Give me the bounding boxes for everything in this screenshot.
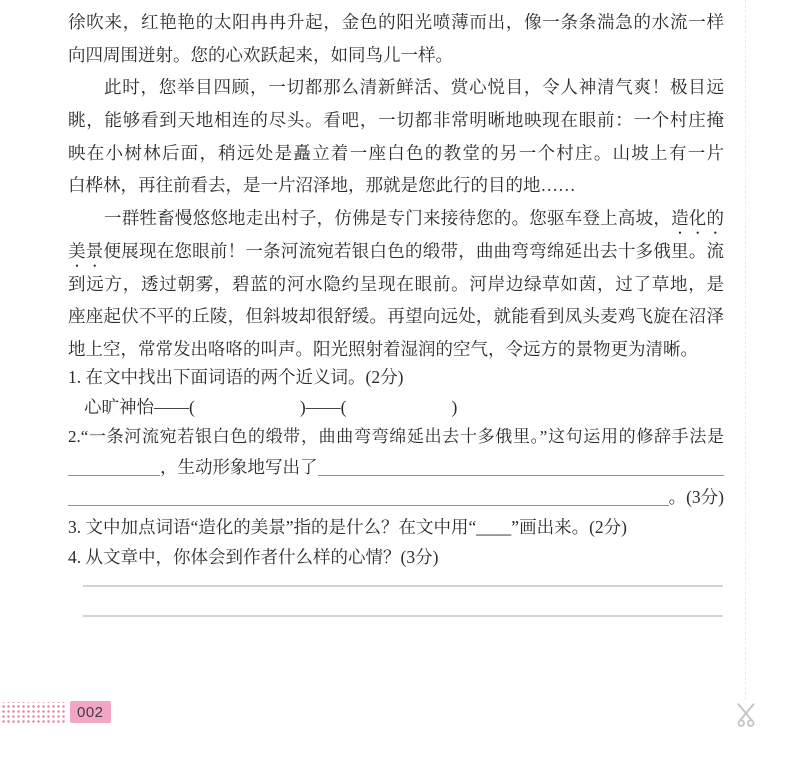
dot-pattern-decoration (0, 702, 66, 723)
questions-section: 1. 在文中找出下面词语的两个近义词。(2分) 心旷神怡——( )——( ) 2… (68, 362, 724, 572)
question-2-points: 。(3分) (669, 482, 724, 512)
answer-line (83, 585, 723, 587)
passage-line: 此时，您举目四顾，一切都那么清新鲜活、赏心悦目，令人神清气爽！极目远 (68, 71, 724, 104)
passage-line: 座座起伏不平的丘陵，但斜坡却很舒缓。再望向远处，就能看到凤头麦鸡飞旋在沼泽 (68, 300, 724, 333)
cut-line (745, 0, 746, 700)
worksheet-page: 徐吹来，红艳艳的太阳冉冉升起，金色的阳光喷薄而出，像一条条湍急的水流一样 向四周… (0, 0, 790, 774)
question-1: 1. 在文中找出下面词语的两个近义词。(2分) (68, 362, 724, 392)
question-2-blank-line: ，生动形象地写出了 (68, 452, 724, 482)
emphasized-word: 美景 (68, 241, 103, 261)
passage-line: 徐吹来，红艳艳的太阳冉冉升起，金色的阳光喷薄而出，像一条条湍急的水流一样 (68, 6, 724, 39)
passage-line: 白桦林，再往前看去，是一片沼泽地，那就是您此行的目的地…… (68, 169, 724, 202)
passage-line: 到远方，透过朝雾，碧蓝的河水隐约呈现在眼前。河岸边绿草如茵，过了草地，是 (68, 268, 724, 301)
passage-line: 映在小树林后面，稍远处是矗立着一座白色的教堂的另一个村庄。山坡上有一片 (68, 137, 724, 170)
passage-line: 地上空，常常发出咯咯的叫声。阳光照射着湿润的空气，令远方的景物更为清晰。 (68, 333, 724, 366)
passage-text: 一群牲畜慢悠悠地走出村子，仿佛是专门来接待您的。您驱车登上高坡， (104, 208, 671, 228)
passage-line: 一群牲畜慢悠悠地走出村子，仿佛是专门来接待您的。您驱车登上高坡，造化的 (68, 202, 724, 235)
reading-passage: 徐吹来，红艳艳的太阳冉冉升起，金色的阳光喷薄而出，像一条条湍急的水流一样 向四周… (68, 6, 724, 366)
question-4: 4. 从文章中，你体会到作者什么样的心情？(3分) (68, 542, 724, 572)
question-2-mid-text: ，生动形象地写出了 (160, 452, 318, 482)
page-number-badge: 002 (70, 701, 111, 723)
answer-blank (68, 474, 160, 476)
question-3: 3. 文中加点词语“造化的美景”指的是什么？在文中用“____”画出来。(2分) (68, 512, 724, 542)
answer-line (83, 615, 723, 617)
passage-line: 向四周围迸射。您的心欢跃起来，如同鸟儿一样。 (68, 39, 724, 72)
emphasized-word: 造化的 (671, 208, 724, 228)
answer-blank (318, 474, 725, 476)
question-2-continuation-line: 。(3分) (68, 482, 724, 512)
answer-blank (68, 504, 669, 506)
passage-line: 眺，能够看到天地相连的尽头。看吧，一切都非常明晰地映现在眼前：一个村庄掩 (68, 104, 724, 137)
scissors-icon (732, 702, 760, 730)
passage-line: 美景便展现在您眼前！一条河流宛若银白色的缎带，曲曲弯弯绵延出去十多俄里。流 (68, 235, 724, 268)
question-1-answer-blanks: 心旷神怡——( )——( ) (68, 392, 724, 422)
question-2: 2.“一条河流宛若银白色的缎带，曲曲弯弯绵延出去十多俄里。”这句运用的修辞手法是 (68, 422, 724, 452)
passage-text: 便展现在您眼前！一条河流宛若银白色的缎带，曲曲弯弯绵延出去十多俄里。流 (103, 241, 724, 261)
